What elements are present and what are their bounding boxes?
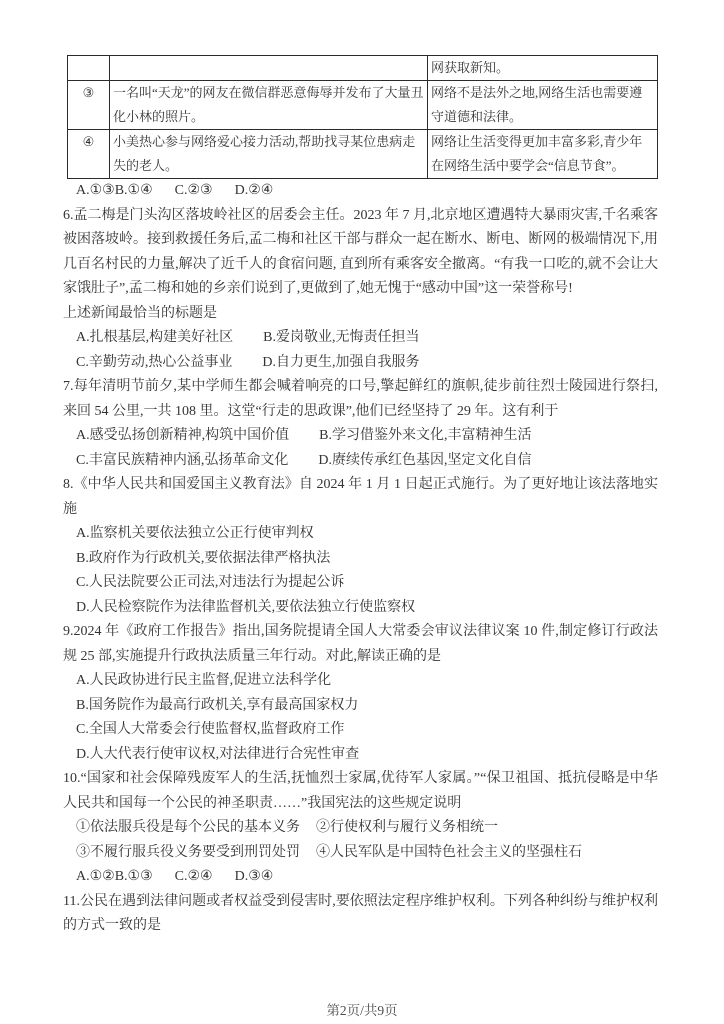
row-desc-cell	[110, 56, 428, 81]
question-9-option-d: D.人大代表行使审议权,对法律进行合宪性审查	[63, 743, 658, 768]
table-row: ③ 一名叫“天龙”的网友在微信群恶意侮辱并发布了大量丑化小林的照片。 网络不是法…	[68, 81, 658, 130]
question-6-options-row: A.扎根基层,构建美好社区B.爱岗敬业,无悔责任担当	[63, 326, 658, 351]
option-a: A.扎根基层,构建美好社区	[76, 330, 233, 345]
question-11-stem: 11.公民在遇到法律问题或者权益受到侵害时,要依照法定程序维护权利。下列各种纠纷…	[63, 890, 658, 939]
option-b: B.学习借鉴外来文化,丰富精神生活	[319, 428, 531, 443]
question-6-prompt: 上述新闻最恰当的标题是	[63, 302, 658, 327]
statement-3: ③不履行服兵役义务要受到刑罚处罚	[76, 845, 300, 860]
answer-option: D.②④	[235, 183, 274, 198]
question-10-stem: 10.“国家和社会保障残废军人的生活,抚恤烈士家属,优待军人家属。”“保卫祖国、…	[63, 767, 658, 816]
answer-option-group: A.①③B.①④	[76, 183, 153, 198]
answer-option: C.②③	[175, 183, 213, 198]
question-10-statements-row: ③不履行服兵役义务要受到刑罚处罚④人民军队是中国特色社会主义的坚强柱石	[63, 841, 658, 866]
question-8-option-c: C.人民法院要公正司法,对违法行为提起公诉	[63, 571, 658, 596]
option-c: C.辛勤劳动,热心公益事业	[76, 355, 232, 370]
answer-option: D.③④	[235, 869, 274, 884]
answer-option: C.②④	[175, 869, 213, 884]
question-7-options-row: A.感受弘扬创新精神,构筑中国价值B.学习借鉴外来文化,丰富精神生活	[63, 424, 658, 449]
question-9-stem: 9.2024 年《政府工作报告》指出,国务院提请全国人大常委会审议法律议案 10…	[63, 620, 658, 669]
question-8-option-d: D.人民检察院作为法律监督机关,要依法独立行使监察权	[63, 596, 658, 621]
question-8-stem: 8.《中华人民共和国爱国主义教育法》自 2024 年 1 月 1 日起正式施行。…	[63, 473, 658, 522]
row-comment-cell: 网络不是法外之地,网络生活也需要遵守道德和法律。	[428, 81, 658, 130]
statement-4: ④人民军队是中国特色社会主义的坚强柱石	[316, 845, 582, 860]
row-number-cell	[68, 56, 110, 81]
question-10-statements-row: ①依法服兵役是每个公民的基本义务②行使权利与履行义务相统一	[63, 816, 658, 841]
question-8-option-b: B.政府作为行政机关,要依据法律严格执法	[63, 547, 658, 572]
table-row: ④ 小美热心参与网络爱心接力活动,帮助找寻某位患病走失的老人。 网络让生活变得更…	[68, 130, 658, 179]
answer-option-group: A.①②B.①③	[76, 869, 153, 884]
question-6-stem: 6.孟二梅是门头沟区落坡岭社区的居委会主任。2023 年 7 月,北京地区遭遇特…	[63, 204, 658, 302]
row-desc-cell: 一名叫“天龙”的网友在微信群恶意侮辱并发布了大量丑化小林的照片。	[110, 81, 428, 130]
question-8-option-a: A.监察机关要依法独立公正行使审判权	[63, 522, 658, 547]
option-b: B.爱岗敬业,无悔责任担当	[263, 330, 419, 345]
page-number: 第2页/共9页	[0, 999, 724, 1019]
row-number-cell: ③	[68, 81, 110, 130]
exam-page: 网获取新知。 ③ 一名叫“天龙”的网友在微信群恶意侮辱并发布了大量丑化小林的照片…	[0, 0, 724, 1024]
table-row: 网获取新知。	[68, 56, 658, 81]
statement-1: ①依法服兵役是每个公民的基本义务	[76, 820, 300, 835]
row-desc-cell: 小美热心参与网络爱心接力活动,帮助找寻某位患病走失的老人。	[110, 130, 428, 179]
question-7-options-row: C.丰富民族精神内涵,弘扬革命文化D.赓续传承红色基因,坚定文化自信	[63, 449, 658, 474]
option-d: D.赓续传承红色基因,坚定文化自信	[318, 453, 531, 468]
row-number-cell: ④	[68, 130, 110, 179]
statement-2: ②行使权利与履行义务相统一	[316, 820, 498, 835]
question-5-answer-options: A.①③B.①④C.②③D.②④	[63, 179, 658, 204]
option-d: D.自力更生,加强自我服务	[262, 355, 419, 370]
row-comment-cell: 网获取新知。	[428, 56, 658, 81]
question-7-stem: 7.每年清明节前夕,某中学师生都会喊着响亮的口号,擎起鲜红的旗帜,徒步前往烈士陵…	[63, 375, 658, 424]
question-10-answer-options: A.①②B.①③C.②④D.③④	[63, 865, 658, 890]
question-9-option-a: A.人民政协进行民主监督,促进立法科学化	[63, 669, 658, 694]
option-c: C.丰富民族精神内涵,弘扬革命文化	[76, 453, 288, 468]
row-comment-cell: 网络让生活变得更加丰富多彩,青少年在网络生活中要学会“信息节食”。	[428, 130, 658, 179]
question-9-option-b: B.国务院作为最高行政机关,享有最高国家权力	[63, 694, 658, 719]
page-content: 网获取新知。 ③ 一名叫“天龙”的网友在微信群恶意侮辱并发布了大量丑化小林的照片…	[63, 55, 658, 939]
continuation-table: 网获取新知。 ③ 一名叫“天龙”的网友在微信群恶意侮辱并发布了大量丑化小林的照片…	[67, 55, 658, 179]
question-9-option-c: C.全国人大常委会行使监督权,监督政府工作	[63, 718, 658, 743]
question-6-options-row: C.辛勤劳动,热心公益事业D.自力更生,加强自我服务	[63, 351, 658, 376]
option-a: A.感受弘扬创新精神,构筑中国价值	[76, 428, 289, 443]
